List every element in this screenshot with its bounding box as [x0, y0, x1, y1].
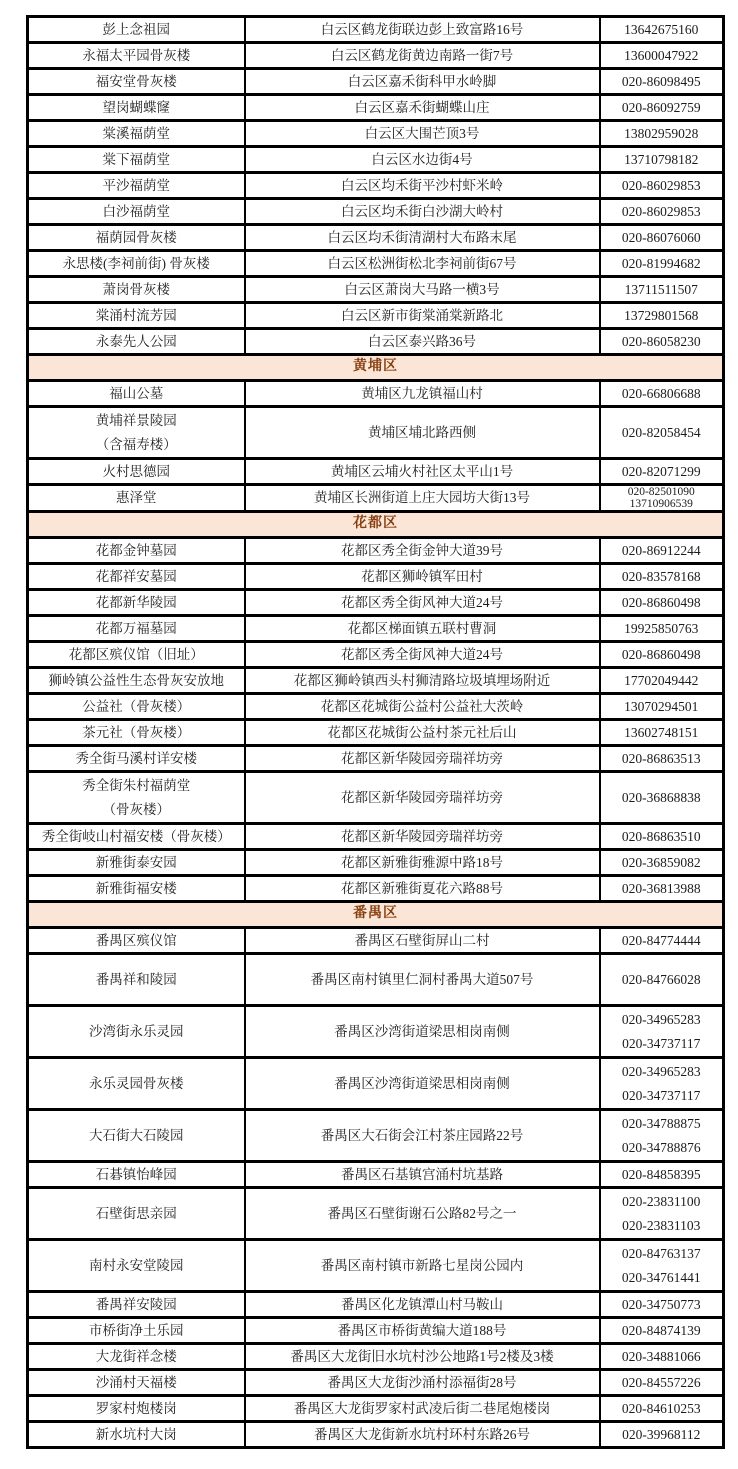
facility-address-cell: 花都区秀全街金钟大道39号: [245, 538, 600, 564]
facility-phone-number: 13710906539: [604, 498, 720, 510]
facility-table: 彭上念祖园白云区鹤龙街联边彭上致富路16号13642675160永福太平园骨灰楼…: [26, 15, 725, 1449]
facility-name-cell: 罗家村炮楼岗: [28, 1396, 245, 1422]
facility-phone-number: 020-82501090: [604, 486, 720, 498]
facility-phone-cell: 020-82071299: [600, 459, 724, 485]
facility-name-line: 棠下福荫堂: [32, 151, 241, 169]
facility-phone-cell: 19925850763: [600, 616, 724, 642]
facility-address-cell: 白云区均禾街白沙湖大岭村: [245, 199, 600, 225]
facility-name-line: 秀全街马溪村详安楼: [32, 750, 241, 768]
facility-phone-number: 020-34761441: [604, 1266, 720, 1290]
facility-phone-cell: 020-86860498: [600, 642, 724, 668]
facility-phone-cell: 020-86863510: [600, 824, 724, 850]
facility-phone-cell: 020-84766028: [600, 954, 724, 1006]
facility-phone-number: 020-84557226: [604, 1374, 720, 1392]
facility-name-line: 望岗蝴蝶窿: [32, 99, 241, 117]
district-section-row: 花都区: [28, 512, 724, 538]
facility-name-line: 石壁街思亲园: [32, 1202, 241, 1226]
facility-phone-number: 020-84874139: [604, 1322, 720, 1340]
facility-name-cell: 沙涌村天福楼: [28, 1370, 245, 1396]
facility-address-cell: 花都区新雅街雅源中路18号: [245, 850, 600, 876]
facility-name-cell: 新水坑村大岗: [28, 1422, 245, 1448]
facility-phone-cell: 020-36868838: [600, 772, 724, 824]
facility-name-cell: 石碁镇怡峰园: [28, 1162, 245, 1188]
facility-name-cell: 新雅街泰安园: [28, 850, 245, 876]
facility-name-line: 南村永安堂陵园: [32, 1254, 241, 1278]
table-row: 秀全街岐山村福安楼（骨灰楼）花都区新华陵园旁瑞祥坊旁020-86863510: [28, 824, 724, 850]
facility-name-line: 白沙福荫堂: [32, 203, 241, 221]
facility-address-cell: 番禺区大龙街沙涌村添福街28号: [245, 1370, 600, 1396]
facility-address-cell: 白云区泰兴路36号: [245, 329, 600, 355]
facility-name-line: 新雅街泰安园: [32, 854, 241, 872]
facility-phone-number: 020-84610253: [604, 1400, 720, 1418]
facility-phone-number: 020-86092759: [604, 99, 720, 117]
facility-name-line: 花都新华陵园: [32, 594, 241, 612]
facility-address-cell: 番禺区大龙街旧水坑村沙公地路1号2楼及3楼: [245, 1344, 600, 1370]
facility-address-cell: 花都区狮岭镇西头村狮清路垃圾填埋场附近: [245, 668, 600, 694]
facility-phone-cell: 020-81994682: [600, 251, 724, 277]
table-row: 狮岭镇公益性生态骨灰安放地花都区狮岭镇西头村狮清路垃圾填埋场附近17702049…: [28, 668, 724, 694]
facility-phone-number: 13070294501: [604, 698, 720, 716]
facility-phone-cell: 020-36859082: [600, 850, 724, 876]
facility-phone-number: 020-23831103: [604, 1214, 720, 1238]
facility-name-line: 永乐灵园骨灰楼: [32, 1072, 241, 1096]
table-row: 福山公墓黄埔区九龙镇福山村020-66806688: [28, 381, 724, 407]
facility-phone-cell: 020-86076060: [600, 225, 724, 251]
facility-phone-number: 020-84858395: [604, 1166, 720, 1184]
facility-address-cell: 番禺区沙湾街道梁思相岗南侧: [245, 1058, 600, 1110]
facility-name-line: 沙涌村天福楼: [32, 1374, 241, 1392]
table-row: 棠下福荫堂白云区水边街4号13710798182: [28, 147, 724, 173]
facility-name-cell: 茶元社（骨灰楼）: [28, 720, 245, 746]
facility-name-cell: 福山公墓: [28, 381, 245, 407]
facility-name-line: 黄埔祥景陵园: [32, 409, 241, 433]
facility-phone-cell: 020-86029853: [600, 199, 724, 225]
facility-address-cell: 白云区嘉禾街科甲水岭脚: [245, 69, 600, 95]
facility-phone-cell: 020-86912244: [600, 538, 724, 564]
facility-phone-number: 020-34788875: [604, 1112, 720, 1136]
facility-phone-number: 020-86860498: [604, 646, 720, 664]
facility-name-line: 萧岗骨灰楼: [32, 281, 241, 299]
facility-name-line: 番禺区殡仪馆: [32, 932, 241, 950]
facility-phone-cell: 13600047922: [600, 43, 724, 69]
facility-name-line: 番禺祥安陵园: [32, 1296, 241, 1314]
facility-name-line: 新雅街福安楼: [32, 880, 241, 898]
facility-address-cell: 白云区鹤龙街黄边南路一街7号: [245, 43, 600, 69]
facility-address-cell: 番禺区沙湾街道梁思相岗南侧: [245, 1006, 600, 1058]
facility-phone-cell: 020-86029853: [600, 173, 724, 199]
table-row: 黄埔祥景陵园（含福寿楼）黄埔区埔北路西侧020-82058454: [28, 407, 724, 459]
table-row: 望岗蝴蝶窿白云区嘉禾街蝴蝶山庄020-86092759: [28, 95, 724, 121]
facility-phone-number: 020-86076060: [604, 229, 720, 247]
facility-phone-number: 020-84763137: [604, 1242, 720, 1266]
table-row: 永福太平园骨灰楼白云区鹤龙街黄边南路一街7号13600047922: [28, 43, 724, 69]
facility-phone-cell: 020-84557226: [600, 1370, 724, 1396]
facility-name-line: （骨灰楼）: [32, 798, 241, 822]
facility-name-cell: 花都新华陵园: [28, 590, 245, 616]
facility-phone-number: 020-81994682: [604, 255, 720, 273]
table-row: 福安堂骨灰楼白云区嘉禾街科甲水岭脚020-86098495: [28, 69, 724, 95]
facility-name-cell: 平沙福荫堂: [28, 173, 245, 199]
facility-name-cell: 秀全街马溪村详安楼: [28, 746, 245, 772]
table-row: 福荫园骨灰楼白云区均禾街清湖村大布路末尾020-86076060: [28, 225, 724, 251]
facility-name-cell: 福安堂骨灰楼: [28, 69, 245, 95]
table-row: 石壁街思亲园番禺区石壁街谢石公路82号之一020-23831100020-238…: [28, 1188, 724, 1240]
facility-phone-cell: 13729801568: [600, 303, 724, 329]
facility-phone-number: 13802959028: [604, 125, 720, 143]
facility-name-line: 秀全街岐山村福安楼（骨灰楼）: [32, 828, 241, 846]
facility-name-cell: 南村永安堂陵园: [28, 1240, 245, 1292]
facility-phone-number: 13711511507: [604, 281, 720, 299]
facility-address-cell: 白云区嘉禾街蝴蝶山庄: [245, 95, 600, 121]
facility-address-cell: 花都区狮岭镇军田村: [245, 564, 600, 590]
facility-name-line: 花都祥安墓园: [32, 568, 241, 586]
facility-phone-number: 020-34750773: [604, 1296, 720, 1314]
facility-name-cell: 棠涌村流芳园: [28, 303, 245, 329]
facility-table-page: 彭上念祖园白云区鹤龙街联边彭上致富路16号13642675160永福太平园骨灰楼…: [26, 15, 722, 1449]
facility-address-cell: 花都区新雅街夏花六路88号: [245, 876, 600, 902]
facility-phone-number: 020-36859082: [604, 854, 720, 872]
facility-phone-cell: 020-34965283020-34737117: [600, 1058, 724, 1110]
facility-phone-number: 020-86863513: [604, 750, 720, 768]
table-row: 棠溪福荫堂白云区大围芒顶3号13802959028: [28, 121, 724, 147]
facility-phone-number: 020-86029853: [604, 203, 720, 221]
facility-phone-cell: 020-84874139: [600, 1318, 724, 1344]
table-row: 平沙福荫堂白云区均禾街平沙村虾米岭020-86029853: [28, 173, 724, 199]
facility-address-cell: 白云区均禾街平沙村虾米岭: [245, 173, 600, 199]
facility-name-line: 花都区殡仪馆（旧址）: [32, 646, 241, 664]
facility-phone-cell: 020-86092759: [600, 95, 724, 121]
table-row: 南村永安堂陵园番禺区南村镇市新路七星岗公园内020-84763137020-34…: [28, 1240, 724, 1292]
facility-phone-cell: 020-34750773: [600, 1292, 724, 1318]
facility-phone-number: 020-36868838: [604, 786, 720, 810]
facility-name-line: 石碁镇怡峰园: [32, 1166, 241, 1184]
facility-name-line: 花都万福墓园: [32, 620, 241, 638]
facility-address-cell: 白云区萧岗大马路一横3号: [245, 277, 600, 303]
facility-name-cell: 番禺区殡仪馆: [28, 928, 245, 954]
facility-phone-cell: 020-34881066: [600, 1344, 724, 1370]
facility-name-cell: 大龙街祥念楼: [28, 1344, 245, 1370]
facility-name-line: 秀全街朱村福荫堂: [32, 774, 241, 798]
facility-phone-cell: 020-86058230: [600, 329, 724, 355]
facility-name-cell: 花都金钟墓园: [28, 538, 245, 564]
table-row: 彭上念祖园白云区鹤龙街联边彭上致富路16号13642675160: [28, 17, 724, 43]
facility-phone-number: 020-66806688: [604, 385, 720, 403]
table-row: 惠泽堂黄埔区长洲街道上庄大园坊大街13号020-8250109013710906…: [28, 485, 724, 512]
facility-name-cell: 番禺祥安陵园: [28, 1292, 245, 1318]
table-row: 新雅街泰安园花都区新雅街雅源中路18号020-36859082: [28, 850, 724, 876]
facility-phone-cell: 13710798182: [600, 147, 724, 173]
facility-name-line: 大龙街祥念楼: [32, 1348, 241, 1366]
facility-name-cell: 福荫园骨灰楼: [28, 225, 245, 251]
facility-name-line: 永思楼(李祠前街) 骨灰楼: [32, 255, 241, 273]
facility-phone-number: 020-83578168: [604, 568, 720, 586]
facility-phone-number: 13710798182: [604, 151, 720, 169]
facility-name-line: 沙湾街永乐灵园: [32, 1020, 241, 1044]
facility-name-cell: 沙湾街永乐灵园: [28, 1006, 245, 1058]
facility-address-cell: 黄埔区长洲街道上庄大园坊大街13号: [245, 485, 600, 512]
facility-name-line: 花都金钟墓园: [32, 542, 241, 560]
table-row: 罗家村炮楼岗番禺区大龙街罗家村武凌后街二巷尾炮楼岗020-84610253: [28, 1396, 724, 1422]
facility-name-cell: 市桥街净土乐园: [28, 1318, 245, 1344]
facility-phone-number: 020-86058230: [604, 333, 720, 351]
facility-name-cell: 黄埔祥景陵园（含福寿楼）: [28, 407, 245, 459]
facility-name-cell: 永思楼(李祠前街) 骨灰楼: [28, 251, 245, 277]
facility-phone-number: 020-23831100: [604, 1190, 720, 1214]
facility-address-cell: 白云区水边街4号: [245, 147, 600, 173]
table-row: 石碁镇怡峰园番禺区石基镇宫涌村坑基路020-84858395: [28, 1162, 724, 1188]
facility-name-line: 惠泽堂: [32, 489, 241, 507]
facility-name-cell: 望岗蝴蝶窿: [28, 95, 245, 121]
facility-name-line: 棠溪福荫堂: [32, 125, 241, 143]
facility-phone-number: 020-86029853: [604, 177, 720, 195]
facility-address-cell: 黄埔区云埔火村社区太平山1号: [245, 459, 600, 485]
facility-phone-cell: 020-86863513: [600, 746, 724, 772]
facility-phone-cell: 020-34965283020-34737117: [600, 1006, 724, 1058]
table-row: 棠涌村流芳园白云区新市街棠涌棠新路北13729801568: [28, 303, 724, 329]
facility-name-line: 福荫园骨灰楼: [32, 229, 241, 247]
facility-phone-number: 020-34965283: [604, 1008, 720, 1032]
facility-name-cell: 白沙福荫堂: [28, 199, 245, 225]
table-row: 公益社（骨灰楼）花都区花城街公益村公益社大茨岭13070294501: [28, 694, 724, 720]
facility-phone-cell: 020-83578168: [600, 564, 724, 590]
facility-name-cell: 萧岗骨灰楼: [28, 277, 245, 303]
facility-phone-cell: 020-84610253: [600, 1396, 724, 1422]
facility-address-cell: 花都区秀全街风神大道24号: [245, 642, 600, 668]
facility-phone-number: 020-86860498: [604, 594, 720, 612]
district-section-header: 番禺区: [28, 902, 724, 928]
facility-address-cell: 番禺区化龙镇潭山村马鞍山: [245, 1292, 600, 1318]
facility-address-cell: 白云区大围芒顶3号: [245, 121, 600, 147]
facility-address-cell: 黄埔区埔北路西侧: [245, 407, 600, 459]
district-section-header: 花都区: [28, 512, 724, 538]
facility-name-cell: 公益社（骨灰楼）: [28, 694, 245, 720]
facility-phone-cell: 020-84774444: [600, 928, 724, 954]
facility-phone-number: 020-86912244: [604, 542, 720, 560]
facility-address-cell: 花都区新华陵园旁瑞祥坊旁: [245, 746, 600, 772]
facility-phone-cell: 020-84763137020-34761441: [600, 1240, 724, 1292]
facility-name-line: 市桥街净土乐园: [32, 1322, 241, 1340]
facility-name-line: 番禺祥和陵园: [32, 968, 241, 992]
facility-phone-number: 020-86863510: [604, 828, 720, 846]
table-row: 沙涌村天福楼番禺区大龙街沙涌村添福街28号020-84557226: [28, 1370, 724, 1396]
facility-name-line: 永福太平园骨灰楼: [32, 47, 241, 65]
facility-name-line: 大石街大石陵园: [32, 1124, 241, 1148]
facility-name-cell: 石壁街思亲园: [28, 1188, 245, 1240]
facility-address-cell: 白云区新市街棠涌棠新路北: [245, 303, 600, 329]
district-section-row: 黄埔区: [28, 355, 724, 381]
facility-phone-number: 020-34737117: [604, 1032, 720, 1056]
facility-name-cell: 新雅街福安楼: [28, 876, 245, 902]
facility-phone-cell: 020-82058454: [600, 407, 724, 459]
facility-address-cell: 番禺区石壁街屏山二村: [245, 928, 600, 954]
facility-name-cell: 花都祥安墓园: [28, 564, 245, 590]
facility-phone-number: 13600047922: [604, 47, 720, 65]
table-row: 番禺区殡仪馆番禺区石壁街屏山二村020-84774444: [28, 928, 724, 954]
facility-address-cell: 花都区秀全街风神大道24号: [245, 590, 600, 616]
table-row: 沙湾街永乐灵园番禺区沙湾街道梁思相岗南侧020-34965283020-3473…: [28, 1006, 724, 1058]
facility-name-line: 新水坑村大岗: [32, 1426, 241, 1444]
facility-address-cell: 番禺区大石街会江村茶庄园路22号: [245, 1110, 600, 1162]
facility-address-cell: 黄埔区九龙镇福山村: [245, 381, 600, 407]
facility-name-cell: 花都万福墓园: [28, 616, 245, 642]
table-row: 花都祥安墓园花都区狮岭镇军田村020-83578168: [28, 564, 724, 590]
facility-name-cell: 花都区殡仪馆（旧址）: [28, 642, 245, 668]
facility-name-line: 狮岭镇公益性生态骨灰安放地: [32, 672, 241, 690]
table-row: 白沙福荫堂白云区均禾街白沙湖大岭村020-86029853: [28, 199, 724, 225]
table-row: 番禺祥安陵园番禺区化龙镇潭山村马鞍山020-34750773: [28, 1292, 724, 1318]
table-row: 秀全街马溪村详安楼花都区新华陵园旁瑞祥坊旁020-86863513: [28, 746, 724, 772]
facility-name-line: 福山公墓: [32, 385, 241, 403]
facility-phone-number: 13642675160: [604, 21, 720, 39]
district-section-row: 番禺区: [28, 902, 724, 928]
facility-name-line: 平沙福荫堂: [32, 177, 241, 195]
facility-phone-cell: 020-23831100020-23831103: [600, 1188, 724, 1240]
facility-name-cell: 大石街大石陵园: [28, 1110, 245, 1162]
table-row: 秀全街朱村福荫堂（骨灰楼）花都区新华陵园旁瑞祥坊旁020-36868838: [28, 772, 724, 824]
table-row: 花都金钟墓园花都区秀全街金钟大道39号020-86912244: [28, 538, 724, 564]
facility-address-cell: 白云区鹤龙街联边彭上致富路16号: [245, 17, 600, 43]
table-row: 永泰先人公园白云区泰兴路36号020-86058230: [28, 329, 724, 355]
table-row: 大石街大石陵园番禺区大石街会江村茶庄园路22号020-34788875020-3…: [28, 1110, 724, 1162]
facility-name-line: 茶元社（骨灰楼）: [32, 724, 241, 742]
facility-phone-cell: 17702049442: [600, 668, 724, 694]
facility-phone-number: 17702049442: [604, 672, 720, 690]
facility-phone-number: 020-34788876: [604, 1136, 720, 1160]
facility-address-cell: 番禺区大龙街新水坑村环村东路26号: [245, 1422, 600, 1448]
table-row: 大龙街祥念楼番禺区大龙街旧水坑村沙公地路1号2楼及3楼020-34881066: [28, 1344, 724, 1370]
facility-address-cell: 番禺区石壁街谢石公路82号之一: [245, 1188, 600, 1240]
facility-phone-cell: 13711511507: [600, 277, 724, 303]
facility-phone-cell: 13070294501: [600, 694, 724, 720]
facility-phone-number: 020-84774444: [604, 932, 720, 950]
facility-phone-number: 020-82058454: [604, 421, 720, 445]
facility-phone-cell: 13802959028: [600, 121, 724, 147]
district-section-header: 黄埔区: [28, 355, 724, 381]
facility-address-cell: 花都区新华陵园旁瑞祥坊旁: [245, 772, 600, 824]
facility-name-cell: 棠溪福荫堂: [28, 121, 245, 147]
facility-phone-number: 13602748151: [604, 724, 720, 742]
facility-name-cell: 番禺祥和陵园: [28, 954, 245, 1006]
facility-name-line: 罗家村炮楼岗: [32, 1400, 241, 1418]
facility-name-cell: 彭上念祖园: [28, 17, 245, 43]
facility-address-cell: 白云区松洲街松北李祠前街67号: [245, 251, 600, 277]
facility-phone-cell: 020-86860498: [600, 590, 724, 616]
facility-phone-number: 19925850763: [604, 620, 720, 638]
facility-phone-cell: 020-84858395: [600, 1162, 724, 1188]
facility-phone-cell: 020-8250109013710906539: [600, 485, 724, 512]
facility-name-cell: 狮岭镇公益性生态骨灰安放地: [28, 668, 245, 694]
facility-phone-number: 020-36813988: [604, 880, 720, 898]
facility-address-cell: 番禺区大龙街罗家村武凌后街二巷尾炮楼岗: [245, 1396, 600, 1422]
facility-address-cell: 番禺区南村镇市新路七星岗公园内: [245, 1240, 600, 1292]
facility-phone-cell: 020-39968112: [600, 1422, 724, 1448]
facility-phone-cell: 13602748151: [600, 720, 724, 746]
table-row: 市桥街净土乐园番禺区市桥街黄编大道188号020-84874139: [28, 1318, 724, 1344]
facility-phone-cell: 020-66806688: [600, 381, 724, 407]
facility-name-cell: 永福太平园骨灰楼: [28, 43, 245, 69]
facility-name-cell: 秀全街岐山村福安楼（骨灰楼）: [28, 824, 245, 850]
facility-phone-number: 020-39968112: [604, 1426, 720, 1444]
facility-name-line: 福安堂骨灰楼: [32, 73, 241, 91]
facility-phone-number: 020-34737117: [604, 1084, 720, 1108]
facility-name-line: 火村思德园: [32, 463, 241, 481]
facility-name-line: 永泰先人公园: [32, 333, 241, 351]
table-row: 新水坑村大岗番禺区大龙街新水坑村环村东路26号020-39968112: [28, 1422, 724, 1448]
facility-address-cell: 花都区花城街公益村公益社大茨岭: [245, 694, 600, 720]
table-row: 番禺祥和陵园番禺区南村镇里仁洞村番禺大道507号020-84766028: [28, 954, 724, 1006]
facility-phone-number: 020-86098495: [604, 73, 720, 91]
facility-phone-number: 020-84766028: [604, 968, 720, 992]
table-row: 茶元社（骨灰楼）花都区花城街公益村茶元社后山13602748151: [28, 720, 724, 746]
facility-name-line: 棠涌村流芳园: [32, 307, 241, 325]
facility-phone-number: 13729801568: [604, 307, 720, 325]
table-row: 萧岗骨灰楼白云区萧岗大马路一横3号13711511507: [28, 277, 724, 303]
table-row: 花都万福墓园花都区梯面镇五联村曹洞19925850763: [28, 616, 724, 642]
facility-phone-cell: 13642675160: [600, 17, 724, 43]
facility-phone-number: 020-34881066: [604, 1348, 720, 1366]
facility-address-cell: 白云区均禾街清湖村大布路末尾: [245, 225, 600, 251]
table-row: 新雅街福安楼花都区新雅街夏花六路88号020-36813988: [28, 876, 724, 902]
table-row: 火村思德园黄埔区云埔火村社区太平山1号020-82071299: [28, 459, 724, 485]
facility-phone-cell: 020-34788875020-34788876: [600, 1110, 724, 1162]
table-row: 永思楼(李祠前街) 骨灰楼白云区松洲街松北李祠前街67号020-81994682: [28, 251, 724, 277]
facility-phone-cell: 020-36813988: [600, 876, 724, 902]
table-row: 永乐灵园骨灰楼番禺区沙湾街道梁思相岗南侧020-34965283020-3473…: [28, 1058, 724, 1110]
table-row: 花都新华陵园花都区秀全街风神大道24号020-86860498: [28, 590, 724, 616]
facility-phone-number: 020-34965283: [604, 1060, 720, 1084]
facility-address-cell: 花都区新华陵园旁瑞祥坊旁: [245, 824, 600, 850]
facility-name-cell: 永泰先人公园: [28, 329, 245, 355]
facility-phone-cell: 020-86098495: [600, 69, 724, 95]
facility-address-cell: 番禺区石基镇宫涌村坑基路: [245, 1162, 600, 1188]
facility-name-line: （含福寿楼）: [32, 433, 241, 457]
facility-address-cell: 番禺区南村镇里仁洞村番禺大道507号: [245, 954, 600, 1006]
facility-name-cell: 永乐灵园骨灰楼: [28, 1058, 245, 1110]
facility-table-body: 彭上念祖园白云区鹤龙街联边彭上致富路16号13642675160永福太平园骨灰楼…: [28, 17, 724, 1448]
facility-name-cell: 惠泽堂: [28, 485, 245, 512]
facility-name-cell: 火村思德园: [28, 459, 245, 485]
facility-address-cell: 花都区花城街公益村茶元社后山: [245, 720, 600, 746]
facility-phone-number: 020-82071299: [604, 463, 720, 481]
table-row: 花都区殡仪馆（旧址）花都区秀全街风神大道24号020-86860498: [28, 642, 724, 668]
facility-address-cell: 番禺区市桥街黄编大道188号: [245, 1318, 600, 1344]
facility-name-cell: 秀全街朱村福荫堂（骨灰楼）: [28, 772, 245, 824]
facility-name-line: 公益社（骨灰楼）: [32, 698, 241, 716]
facility-name-line: 彭上念祖园: [32, 21, 241, 39]
facility-name-cell: 棠下福荫堂: [28, 147, 245, 173]
facility-address-cell: 花都区梯面镇五联村曹洞: [245, 616, 600, 642]
